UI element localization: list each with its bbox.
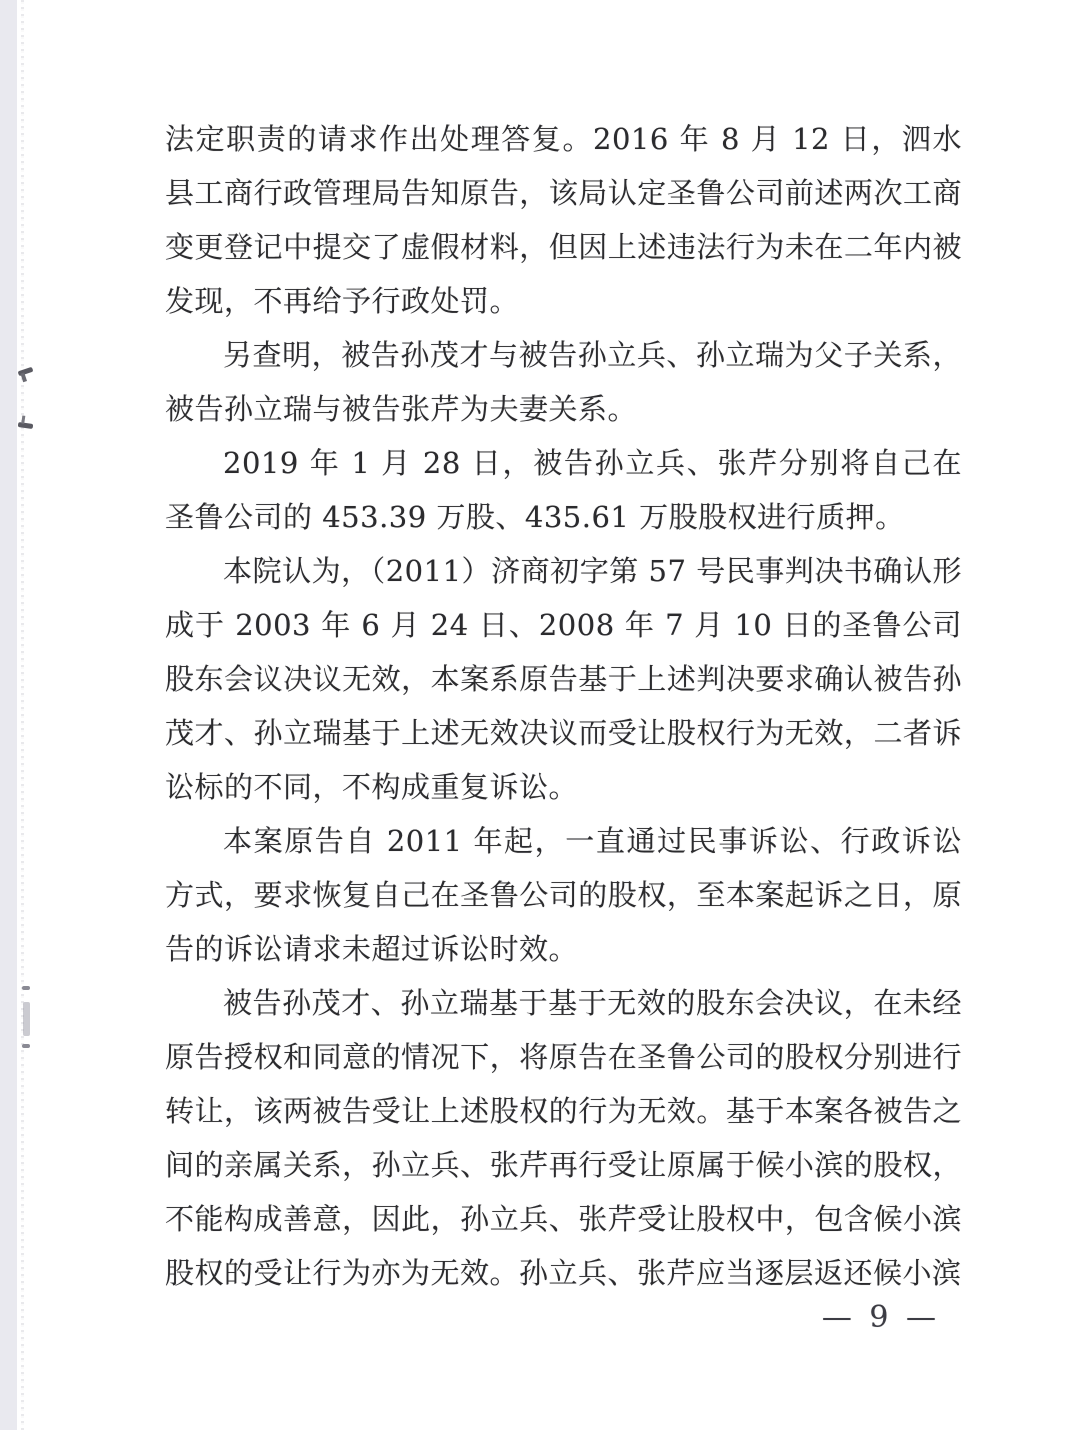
scan-artifact-mark bbox=[22, 1044, 30, 1048]
paragraph-family-relations: 另查明，被告孙茂才与被告孙立兵、孙立瑞为父子关系，被告孙立瑞与被告张芹为夫妻关系… bbox=[165, 328, 962, 436]
scan-edge-strip bbox=[0, 0, 17, 1430]
paragraph-continuation: 法定职责的请求作出处理答复。2016 年 8 月 12 日，泗水县工商行政管理局… bbox=[165, 112, 962, 328]
page-number: — 9 — bbox=[822, 1300, 940, 1335]
scan-fold-line bbox=[21, 0, 24, 1430]
judgment-text-block: 法定职责的请求作出处理答复。2016 年 8 月 12 日，泗水县工商行政管理局… bbox=[165, 112, 962, 1300]
paragraph-transfer-invalidity: 被告孙茂才、孙立瑞基于基于无效的股东会决议，在未经原告授权和同意的情况下，将原告… bbox=[165, 976, 962, 1300]
scan-artifact-mark bbox=[22, 986, 30, 990]
paragraph-court-opinion: 本院认为，（2011）济商初字第 57 号民事判决书确认形成于 2003 年 6… bbox=[165, 544, 962, 814]
paragraph-limitation-period: 本案原告自 2011 年起，一直通过民事诉讼、行政诉讼方式，要求恢复自己在圣鲁公… bbox=[165, 814, 962, 976]
scan-artifact-mark bbox=[23, 1002, 30, 1036]
paragraph-share-pledge: 2019 年 1 月 28 日，被告孙立兵、张芹分别将自己在圣鲁公司的 453.… bbox=[165, 436, 962, 544]
scan-artifact-mark bbox=[18, 367, 34, 376]
